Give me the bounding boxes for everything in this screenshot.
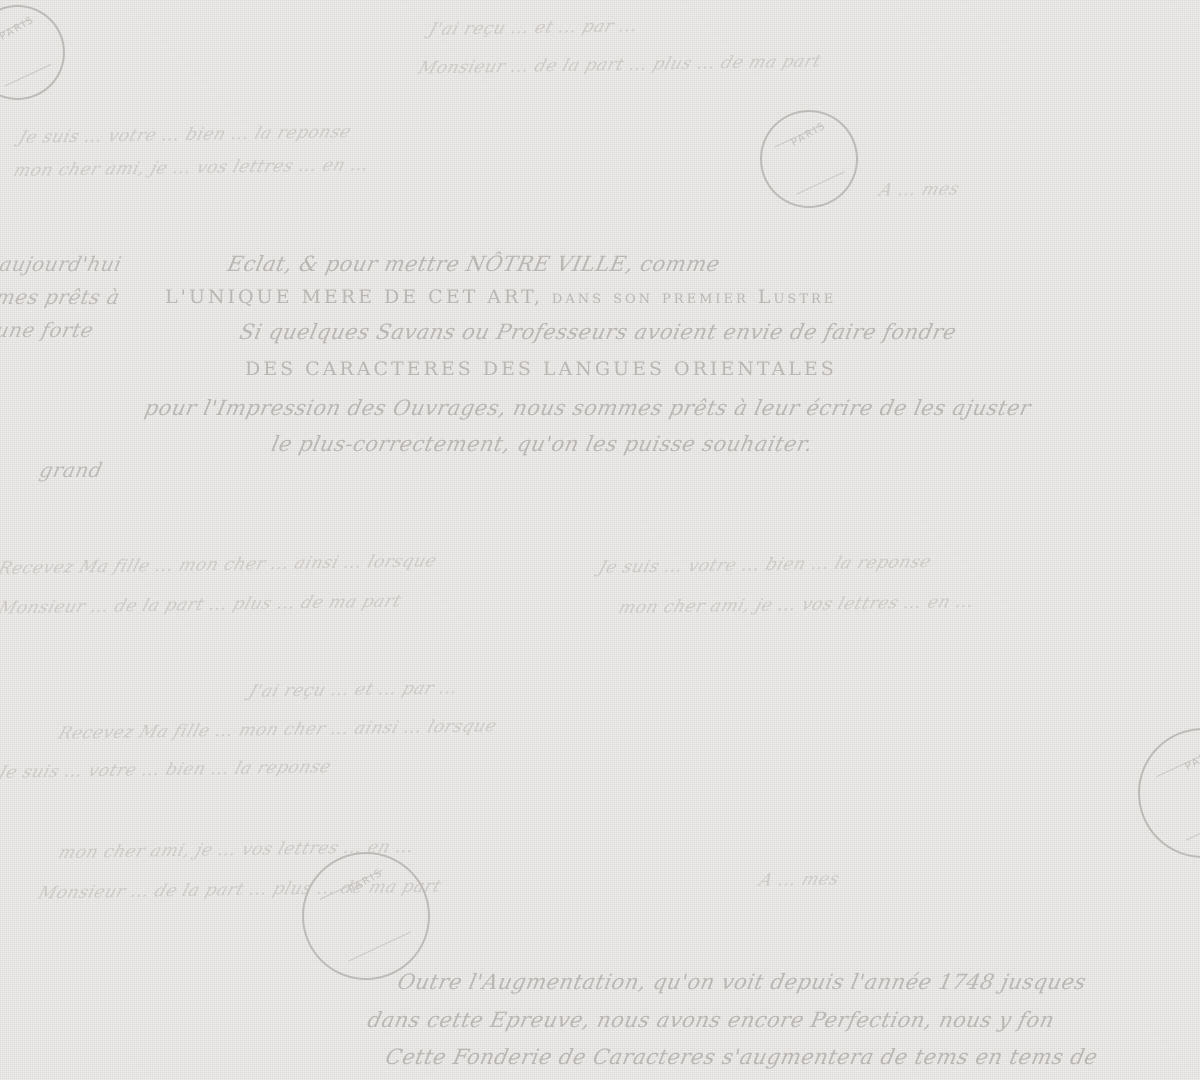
handwriting-line: Recevez Ma fille ... mon cher ... ainsi … (56, 716, 500, 744)
main-text-line: le plus-correctement, qu'on les puisse s… (269, 432, 815, 456)
main-text-line: DES CARACTERES DES LANGUES ORIENTALES (245, 358, 837, 380)
postmark-stamp-icon: PARIS (1138, 728, 1200, 858)
handwriting-line: mon cher ami, je ... vos lettres ... en … (11, 155, 372, 181)
bottom-text-line: Cette Fonderie de Caracteres s'augmenter… (383, 1045, 1100, 1069)
postmark-stamp-icon: PARIS (0, 5, 65, 100)
handwriting-line: A ... mes (757, 869, 842, 890)
margin-text: grand (37, 458, 105, 482)
handwriting-line: A ... mes (877, 179, 962, 200)
postmark-stamp-icon: PARIS (760, 110, 858, 208)
postmark-stamp-icon: PARIS (302, 852, 430, 980)
handwriting-line: Je suis ... votre ... bien ... la repons… (0, 757, 334, 783)
wallpaper-canvas: Je suis ... votre ... bien ... la repons… (0, 0, 1200, 1080)
handwriting-line: mon cher ami, je ... vos lettres ... en … (616, 592, 977, 618)
margin-text: une forte (0, 318, 96, 342)
handwriting-line: Monsieur ... de la part ... plus ... de … (416, 52, 824, 79)
handwriting-line: Je suis ... votre ... bien ... la repons… (16, 122, 354, 148)
main-text-line: Si quelques Savans ou Professeurs avoien… (237, 320, 958, 344)
handwriting-line: J'ai reçu ... et ... par ... (426, 16, 640, 40)
main-text-line: pour l'Impression des Ouvrages, nous som… (142, 396, 1033, 420)
bottom-text-line: dans cette Epreuve, nous avons encore Pe… (365, 1008, 1056, 1032)
main-text-line: Eclat, & pour mettre NÔTRE VILLE, comme (225, 252, 722, 276)
handwriting-line: Je suis ... votre ... bien ... la repons… (596, 552, 934, 578)
margin-text: aujourd'hui (0, 252, 124, 276)
bottom-text-line: Outre l'Augmentation, qu'on voit depuis … (395, 970, 1088, 994)
handwriting-line: Recevez Ma fille ... mon cher ... ainsi … (0, 551, 439, 579)
margin-text: mes prêts à (0, 285, 122, 309)
handwriting-line: J'ai reçu ... et ... par ... (246, 678, 460, 702)
main-text-line: L'UNIQUE MERE DE CET ART, dans son premi… (165, 286, 836, 308)
handwriting-line: Monsieur ... de la part ... plus ... de … (0, 592, 404, 619)
